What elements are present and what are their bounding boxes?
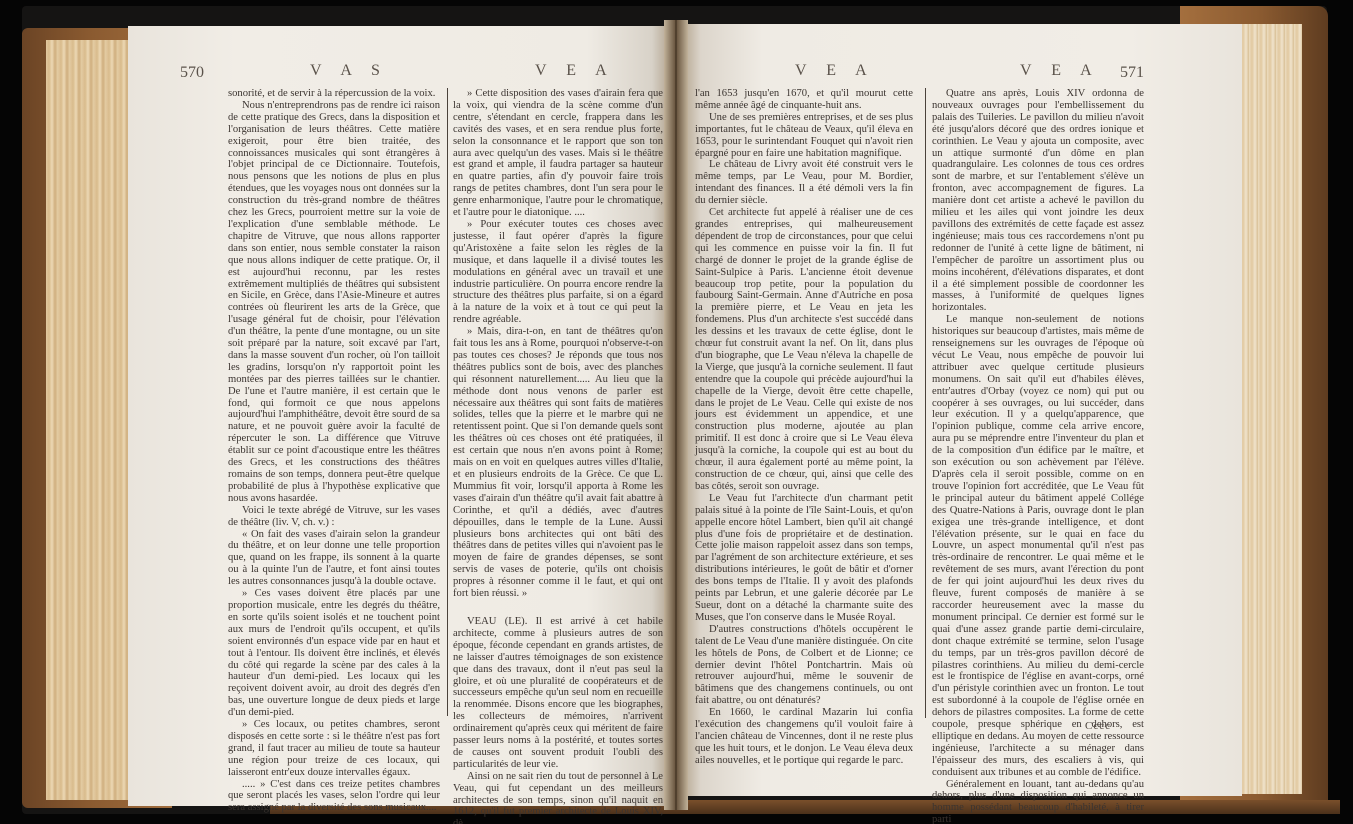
paragraph: » Mais, dira-t-on, en tant de théâtres q… [453, 326, 663, 600]
running-head-vea-right-1: V E A [795, 62, 875, 80]
page-number-right: 571 [1120, 64, 1144, 82]
paragraph: Une de ses premières entreprises, et de … [695, 112, 913, 160]
paragraph: ..... » C'est dans ces treize petites ch… [228, 779, 440, 815]
page-edges-left [46, 40, 130, 800]
left-page-column-1: sonorité, et de servir à la répercussion… [228, 88, 440, 814]
paragraph: l'an 1653 jusqu'en 1670, et qu'il mourut… [695, 88, 913, 112]
paragraph: D'autres constructions d'hôtels occupère… [695, 624, 913, 707]
column-rule-left [447, 88, 448, 716]
paragraph: Le Veau fut l'architecte d'un charmant p… [695, 493, 913, 624]
signature-mark: Cccc [1085, 720, 1111, 732]
paragraph: Cet architecte fut appelé à réaliser une… [695, 207, 913, 493]
left-page-column-2: » Cette disposition des vases d'airain f… [453, 88, 663, 824]
running-head-vea-right-2: V E A [1020, 62, 1100, 80]
paragraph: En 1660, le cardinal Mazarin lui confia … [695, 707, 913, 767]
entry-veau-le: VEAU (LE). Il est arrivé à cet habile ar… [453, 616, 663, 771]
paragraph: « On fait des vases d'airain selon la gr… [228, 529, 440, 589]
running-head-vas: V A S [310, 62, 388, 80]
right-page-column-2: Quatre ans après, Louis XIV ordonna de n… [932, 88, 1144, 824]
paragraph: Le château de Livry avoit été construit … [695, 159, 913, 207]
page-edges-right [1240, 24, 1302, 794]
paragraph: Généralement en louant, tant au-dedans q… [932, 779, 1144, 824]
paragraph: » Ces vases doivent être placés par une … [228, 588, 440, 719]
paragraph: sonorité, et de servir à la répercussion… [228, 88, 440, 100]
paragraph: » Ces locaux, ou petites chambres, seron… [228, 719, 440, 779]
column-rule-right [925, 88, 926, 718]
right-page-column-1: l'an 1653 jusqu'en 1670, et qu'il mourut… [695, 88, 913, 767]
paragraph: » Cette disposition des vases d'airain f… [453, 88, 663, 219]
paragraph: Quatre ans après, Louis XIV ordonna de n… [932, 88, 1144, 314]
running-head-vea-left: V E A [535, 62, 615, 80]
book-spine-gutter [664, 20, 688, 810]
paragraph: Le manque non-seulement de notions histo… [932, 314, 1144, 778]
paragraph: » Pour exécuter toutes ces choses avec j… [453, 219, 663, 326]
paragraph: Ainsi on ne sait rien du tout de personn… [453, 771, 663, 824]
page-number-left: 570 [180, 64, 204, 82]
paragraph: Voici le texte abrégé de Vitruve, sur le… [228, 505, 440, 529]
paragraph: Nous n'entreprendrons pas de rendre ici … [228, 100, 440, 505]
